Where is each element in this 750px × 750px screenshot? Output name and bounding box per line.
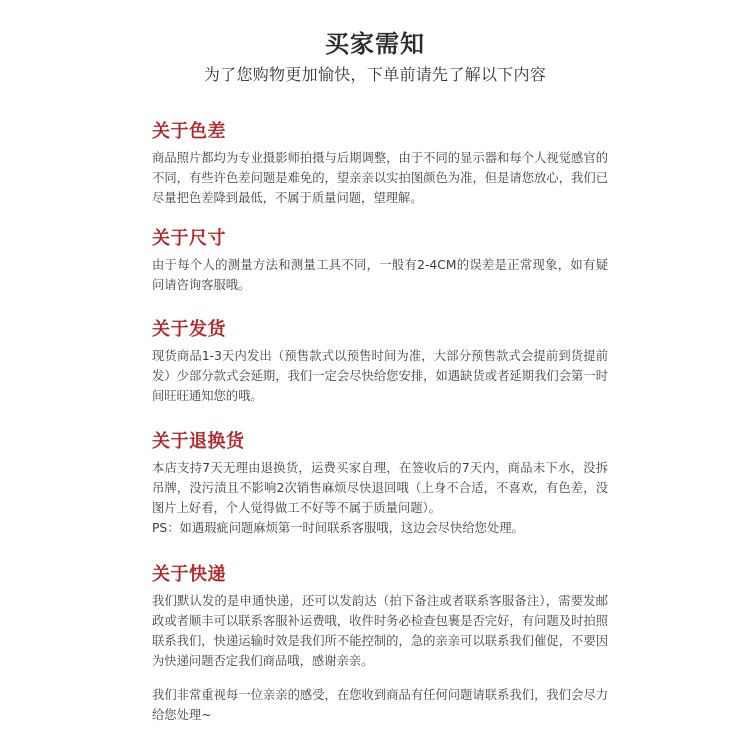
paragraph-ps-note: PS：如遇瑕疵问题麻烦第一时间联系客服哦，这边会尽快给您处理。 (152, 518, 608, 538)
paragraph: 本店支持7天无理由退换货，运费买家自理，在签收后的7天内，商品未下水，没拆吊牌，… (152, 458, 608, 518)
closing-note-text: 我们非常重视每一位亲亲的感受，在您收到商品有任何问题请联系我们，我们会尽力给您处… (152, 685, 608, 725)
closing-note: 我们非常重视每一位亲亲的感受，在您收到商品有任何问题请联系我们，我们会尽力给您处… (152, 685, 608, 725)
section-body: 由于每个人的测量方法和测量工具不同，一般有2-4CM的误差是正常现象，如有疑问请… (152, 255, 608, 295)
section-body: 商品照片都均为专业摄影师拍摄与后期调整，由于不同的显示器和每个人视觉感官的不同，… (152, 148, 608, 208)
section-heading-sizing: 关于尺寸 (152, 227, 608, 251)
section-heading-courier: 关于快递 (152, 563, 608, 587)
paragraph: 我们默认发的是申通快递，还可以发韵达（拍下备注或者联系客服备注），需要发邮政或者… (152, 591, 608, 671)
section-heading-returns: 关于退换货 (152, 430, 608, 454)
page-header: 买家需知 为了您购物更加愉快，下单前请先了解以下内容 (0, 0, 750, 84)
paragraph: 现货商品1-3天内发出（预售款式以预售时间为准，大部分预售款式会提前到货提前发）… (152, 346, 608, 406)
section-body: 本店支持7天无理由退换货，运费买家自理，在签收后的7天内，商品未下水，没拆吊牌，… (152, 458, 608, 538)
section-shipping: 关于发货 现货商品1-3天内发出（预售款式以预售时间为准，大部分预售款式会提前到… (152, 318, 608, 406)
section-body: 现货商品1-3天内发出（预售款式以预售时间为准，大部分预售款式会提前到货提前发）… (152, 346, 608, 406)
section-body: 我们默认发的是申通快递，还可以发韵达（拍下备注或者联系客服备注），需要发邮政或者… (152, 591, 608, 671)
page-title: 买家需知 (0, 31, 750, 57)
section-sizing: 关于尺寸 由于每个人的测量方法和测量工具不同，一般有2-4CM的误差是正常现象，… (152, 227, 608, 295)
section-heading-shipping: 关于发货 (152, 318, 608, 342)
section-returns: 关于退换货 本店支持7天无理由退换货，运费买家自理，在签收后的7天内，商品未下水… (152, 430, 608, 538)
section-color-difference: 关于色差 商品照片都均为专业摄影师拍摄与后期调整，由于不同的显示器和每个人视觉感… (152, 120, 608, 208)
paragraph: 商品照片都均为专业摄影师拍摄与后期调整，由于不同的显示器和每个人视觉感官的不同，… (152, 148, 608, 208)
paragraph: 由于每个人的测量方法和测量工具不同，一般有2-4CM的误差是正常现象，如有疑问请… (152, 255, 608, 295)
buyer-notice-page: 买家需知 为了您购物更加愉快，下单前请先了解以下内容 关于色差 商品照片都均为专… (0, 0, 750, 750)
section-courier: 关于快递 我们默认发的是申通快递，还可以发韵达（拍下备注或者联系客服备注），需要… (152, 563, 608, 671)
notice-content: 关于色差 商品照片都均为专业摄影师拍摄与后期调整，由于不同的显示器和每个人视觉感… (152, 120, 608, 725)
page-subtitle: 为了您购物更加愉快，下单前请先了解以下内容 (0, 66, 750, 84)
section-heading-color-difference: 关于色差 (152, 120, 608, 144)
